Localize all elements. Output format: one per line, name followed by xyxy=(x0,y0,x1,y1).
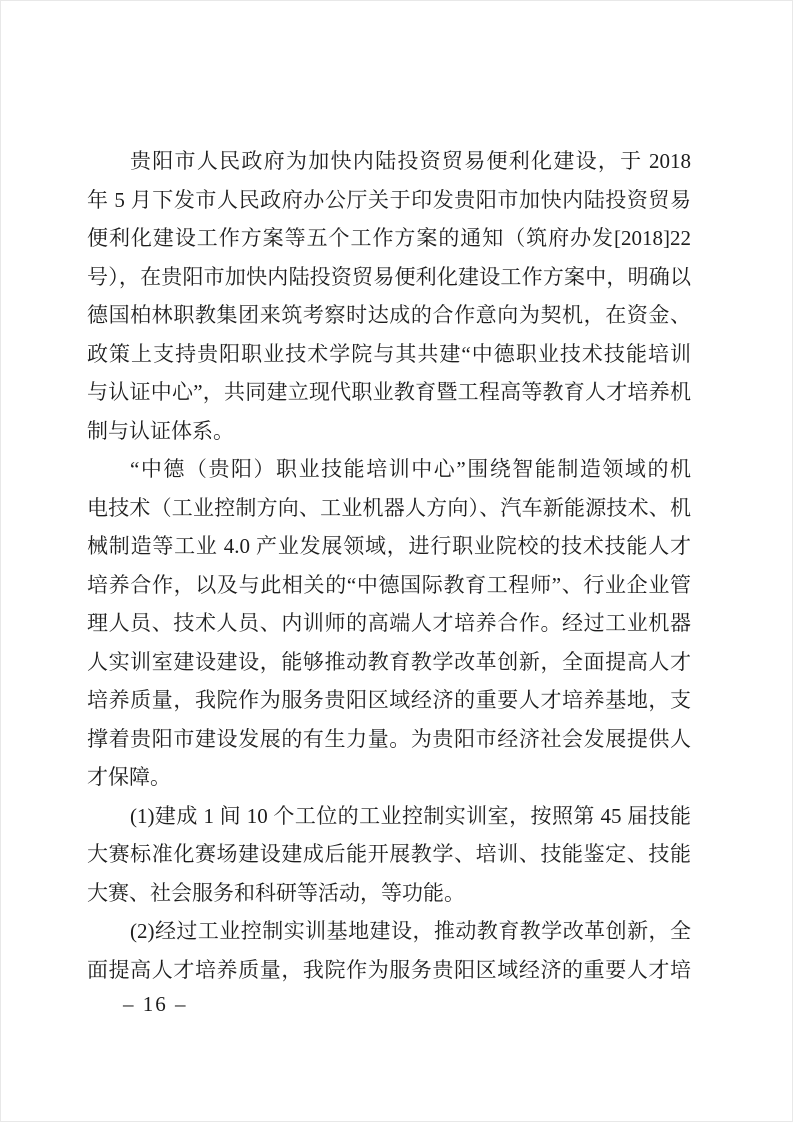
text-line: 培养质量，我院作为服务贵阳区域经济的重要人才培养基地，支 xyxy=(87,681,691,720)
text-line: 与认证中心”，共同建立现代职业教育暨工程高等教育人才培养机 xyxy=(87,373,691,412)
document-body: 贵阳市人民政府为加快内陆投资贸易便利化建设，于 2018 年 5 月下发市人民政… xyxy=(87,142,691,989)
text-line: 培养合作，以及与此相关的“中德国际教育工程师”、行业企业管 xyxy=(87,566,691,605)
text-line: 政策上支持贵阳职业技术学院与其共建“中德职业技术技能培训 xyxy=(87,335,691,374)
text-line: 才保障。 xyxy=(87,758,691,797)
text-line: 电技术（工业控制方向、工业机器人方向）、汽车新能源技术、机 xyxy=(87,489,691,528)
text-line: 面提高人才培养质量，我院作为服务贵阳区域经济的重要人才培 xyxy=(87,951,691,990)
text-line: 理人员、技术人员、内训师的高端人才培养合作。经过工业机器 xyxy=(87,604,691,643)
paragraph-4: (2)经过工业控制实训基地建设，推动教育教学改革创新，全 面提高人才培养质量，我… xyxy=(87,912,691,989)
document-page: 贵阳市人民政府为加快内陆投资贸易便利化建设，于 2018 年 5 月下发市人民政… xyxy=(0,0,793,1122)
text-line: (2)经过工业控制实训基地建设，推动教育教学改革创新，全 xyxy=(87,912,691,951)
text-line: 大赛标准化赛场建设建成后能开展教学、培训、技能鉴定、技能 xyxy=(87,835,691,874)
text-line: 德国柏林职教集团来筑考察时达成的合作意向为契机，在资金、 xyxy=(87,296,691,335)
text-line: 械制造等工业 4.0 产业发展领域，进行职业院校的技术技能人才 xyxy=(87,527,691,566)
text-line: 制与认证体系。 xyxy=(87,412,691,451)
text-line: 号），在贵阳市加快内陆投资贸易便利化建设工作方案中，明确以 xyxy=(87,258,691,297)
text-line: “中德（贵阳）职业技能培训中心”围绕智能制造领域的机 xyxy=(87,450,691,489)
paragraph-3: (1)建成 1 间 10 个工位的工业控制实训室，按照第 45 届技能 大赛标准… xyxy=(87,797,691,913)
paragraph-2: “中德（贵阳）职业技能培训中心”围绕智能制造领域的机 电技术（工业控制方向、工业… xyxy=(87,450,691,797)
text-line: 年 5 月下发市人民政府办公厅关于印发贵阳市加快内陆投资贸易 xyxy=(87,181,691,220)
text-line: 人实训室建设建设，能够推动教育教学改革创新，全面提高人才 xyxy=(87,643,691,682)
page-number: – 16 – xyxy=(123,992,188,1016)
text-line: 大赛、社会服务和科研等活动，等功能。 xyxy=(87,874,691,913)
text-line: 贵阳市人民政府为加快内陆投资贸易便利化建设，于 2018 xyxy=(87,142,691,181)
text-line: 撑着贵阳市建设发展的有生力量。为贵阳市经济社会发展提供人 xyxy=(87,720,691,759)
text-line: 便利化建设工作方案等五个工作方案的通知（筑府办发[2018]22 xyxy=(87,219,691,258)
paragraph-1: 贵阳市人民政府为加快内陆投资贸易便利化建设，于 2018 年 5 月下发市人民政… xyxy=(87,142,691,450)
text-line: (1)建成 1 间 10 个工位的工业控制实训室，按照第 45 届技能 xyxy=(87,797,691,836)
page-footer: – 16 – xyxy=(123,991,188,1017)
